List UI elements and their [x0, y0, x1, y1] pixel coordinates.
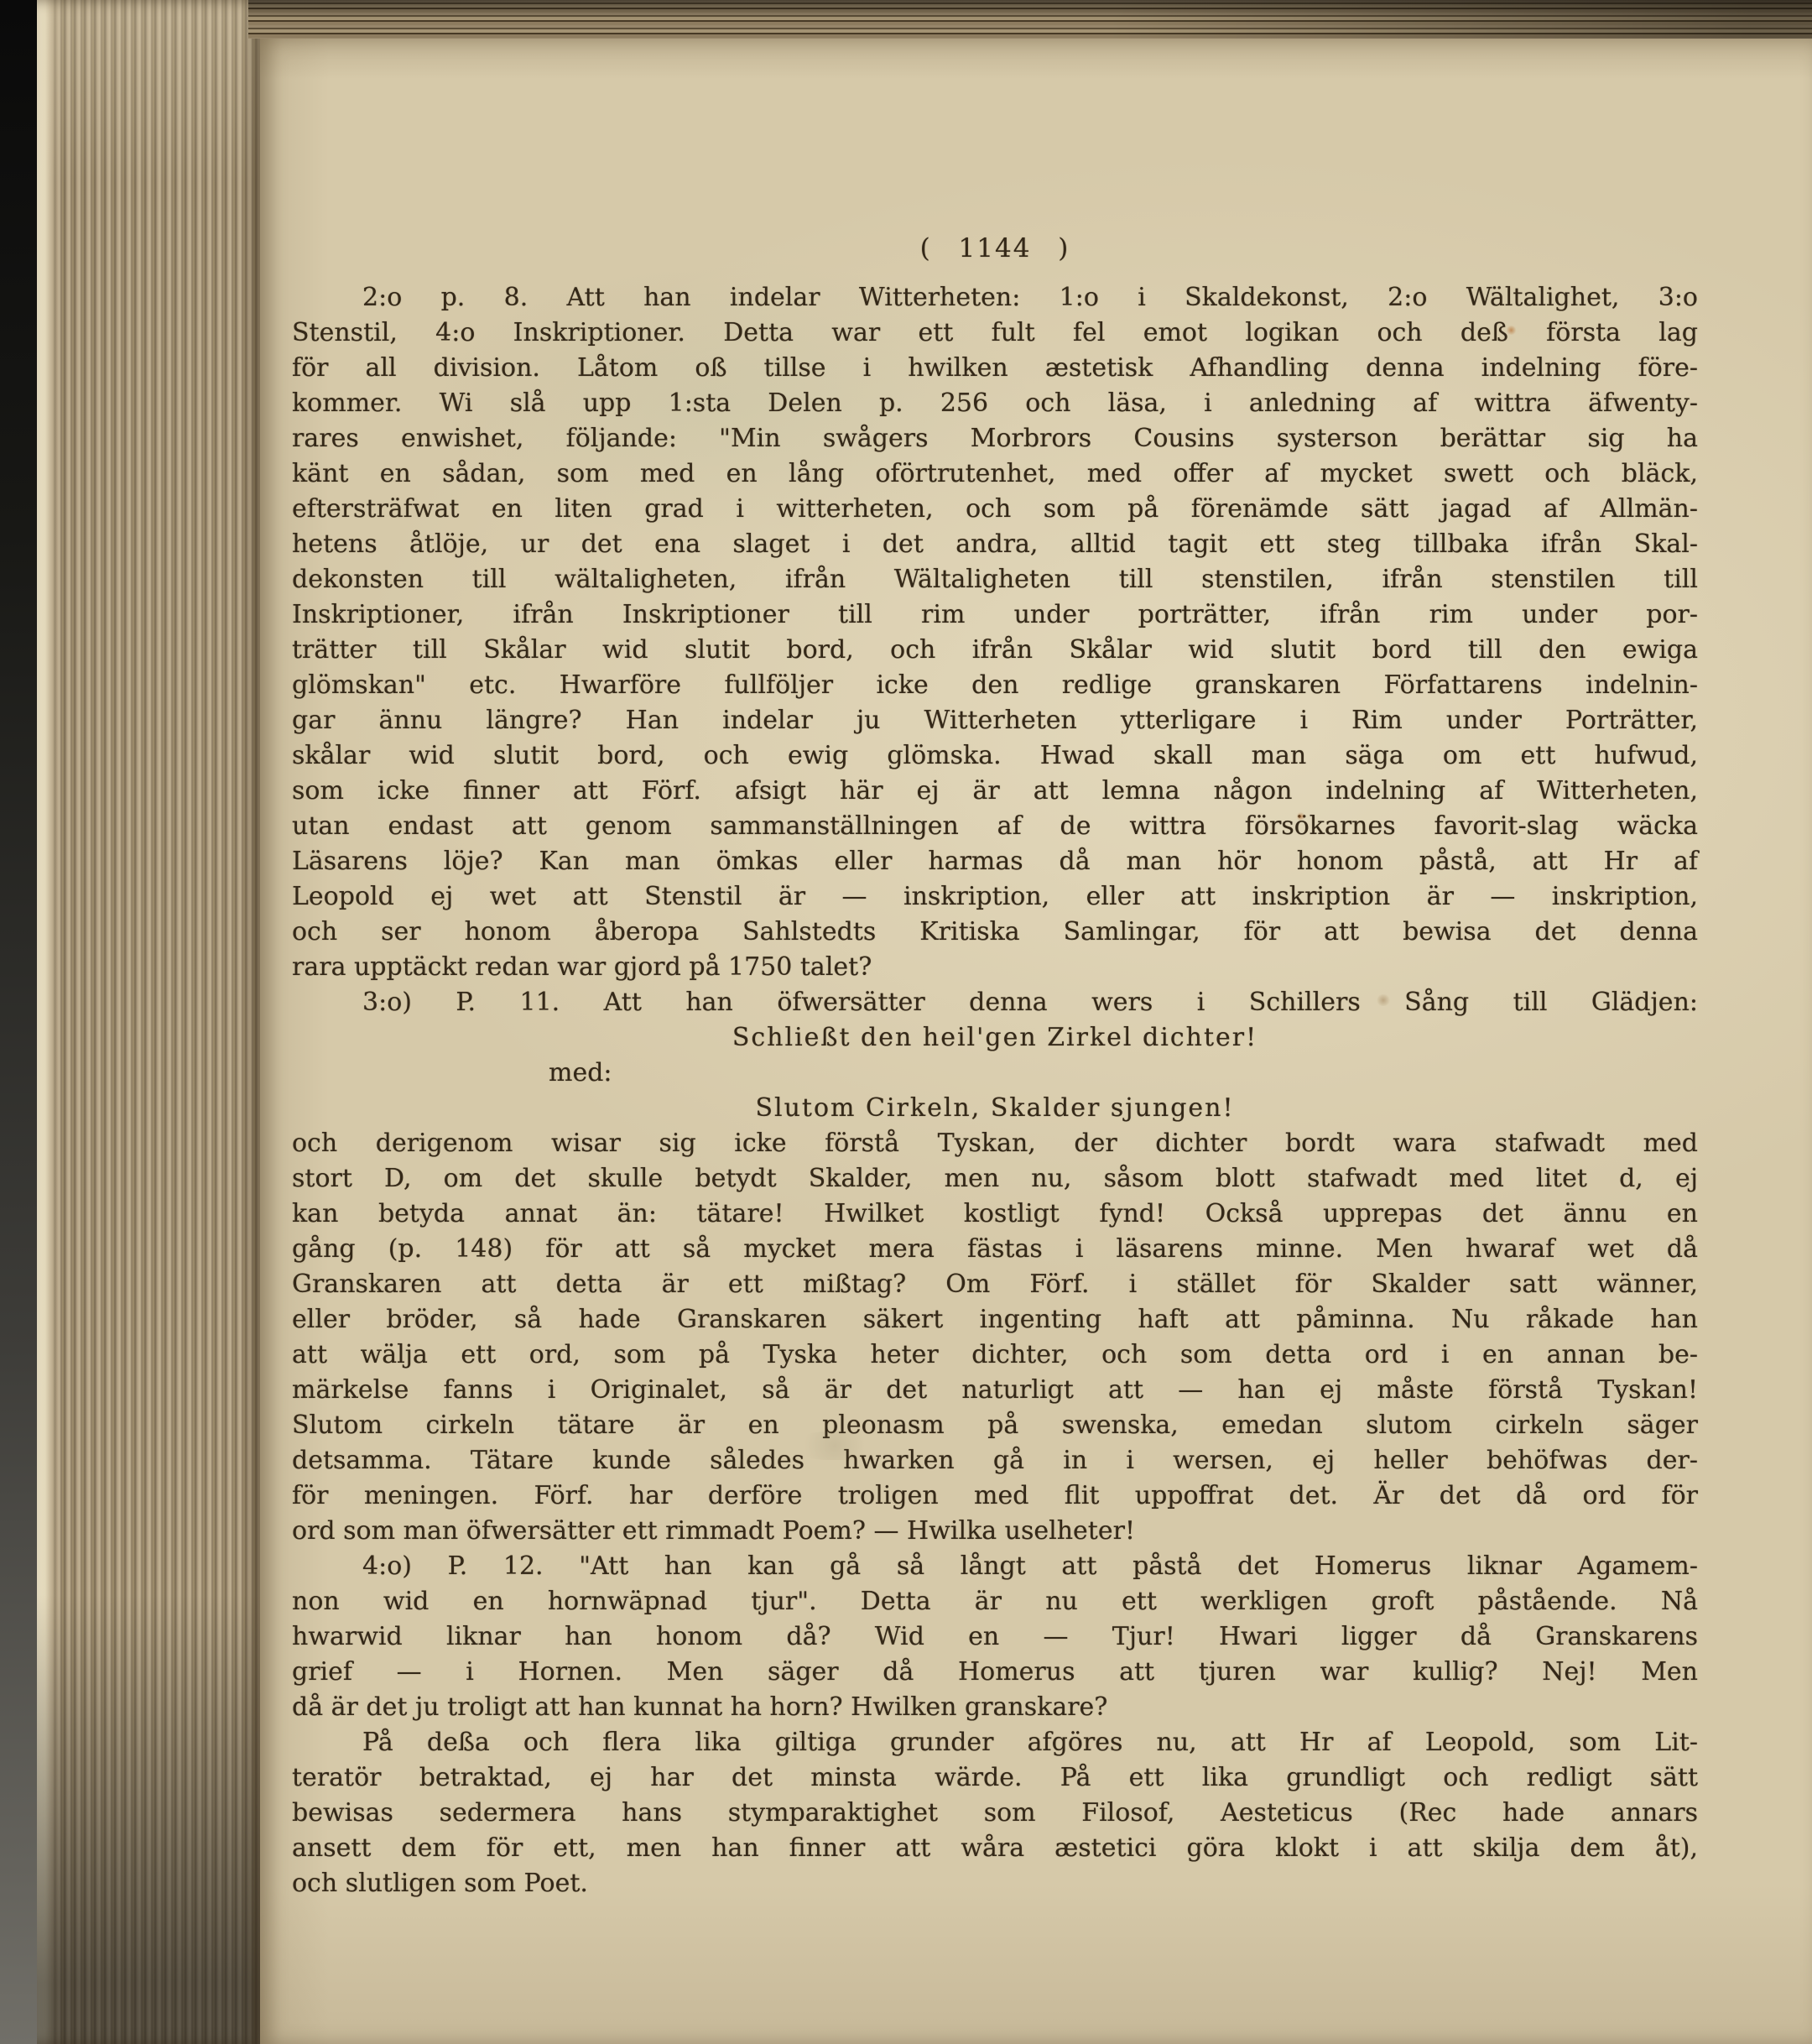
verse-line-swedish: Slutom Cirkeln, Skalder sjungen! — [292, 1091, 1698, 1126]
page-number: ( 1144 ) — [292, 233, 1698, 263]
book-page-edges-top — [248, 0, 1812, 39]
book-page-edges-left — [37, 0, 260, 2044]
text-line: hetens åtlöje, ur det ena slaget i det a… — [292, 527, 1698, 562]
text-line: detsamma. Tätare kunde således hwarken g… — [292, 1443, 1698, 1478]
text-line: Leopold ej wet att Stenstil är — inskrip… — [292, 879, 1698, 915]
text-line: Stenstil, 4:o Inskriptioner. Detta war e… — [292, 315, 1698, 351]
text-line: att wälja ett ord, som på Tyska heter di… — [292, 1337, 1698, 1373]
text-line: utan endast att genom sammanställningen … — [292, 809, 1698, 844]
text-line: med: — [292, 1056, 1698, 1091]
text-line: glömskan" etc. Hwarföre fullföljer icke … — [292, 668, 1698, 703]
book-page: ( 1144 ) 2:o p. 8. Att han indelar Witte… — [260, 39, 1812, 2044]
text-line: ord som man öfwersätter ett rimmadt Poem… — [292, 1514, 1698, 1549]
text-line: 2:o p. 8. Att han indelar Witterheten: 1… — [292, 280, 1698, 315]
text-line: skålar wid slutit bord, och ewig glömska… — [292, 738, 1698, 774]
text-line: gång (p. 148) för att så mycket mera fäs… — [292, 1232, 1698, 1267]
text-line: ansett dem för ett, men han finner att w… — [292, 1831, 1698, 1866]
text-line: känt en sådan, som med en lång oförtrute… — [292, 456, 1698, 492]
text-line: och derigenom wisar sig icke förstå Tysk… — [292, 1126, 1698, 1161]
text-line: eller bröder, så hade Granskaren säkert … — [292, 1302, 1698, 1337]
text-line: non wid en hornwäpnad tjur". Detta är nu… — [292, 1584, 1698, 1619]
text-line: gar ännu längre? Han indelar ju Witterhe… — [292, 703, 1698, 738]
text-line: rares enwishet, följande: "Min swågers M… — [292, 421, 1698, 456]
text-line: Läsarens löje? Kan man ömkas eller harma… — [292, 844, 1698, 879]
text-line: då är det ju troligt att han kunnat ha h… — [292, 1690, 1698, 1725]
text-line: stort D, om det skulle betydt Skalder, m… — [292, 1161, 1698, 1197]
text-line: trätter till Skålar wid slutit bord, och… — [292, 633, 1698, 668]
text-line: Slutom cirkeln tätare är en pleonasm på … — [292, 1408, 1698, 1443]
text-line: som icke finner att Förf. afsigt här ej … — [292, 774, 1698, 809]
text-line: hwarwid liknar han honom då? Wid en — Tj… — [292, 1619, 1698, 1655]
text-line: märkelse fanns i Originalet, så är det n… — [292, 1373, 1698, 1408]
text-line: 4:o) P. 12. "Att han kan gå så långt att… — [292, 1549, 1698, 1584]
text-line: bewisas sedermera hans stymparaktighet s… — [292, 1796, 1698, 1831]
text-line: grief — i Hornen. Men säger då Homerus a… — [292, 1655, 1698, 1690]
text-line: dekonsten till wältaligheten, ifrån Wält… — [292, 562, 1698, 597]
page-text: 2:o p. 8. Att han indelar Witterheten: 1… — [292, 280, 1698, 1901]
verse-line-german: Schließt den heil'gen Zirkel dichter! — [292, 1020, 1698, 1056]
text-line: Inskriptioner, ifrån Inskriptioner till … — [292, 597, 1698, 633]
text-line: teratör betraktad, ej har det minsta wär… — [292, 1760, 1698, 1796]
text-line: och slutligen som Poet. — [292, 1866, 1698, 1901]
text-line: På deßa och flera lika giltiga grunder a… — [292, 1725, 1698, 1760]
text-line: och ser honom åberopa Sahlstedts Kritisk… — [292, 915, 1698, 950]
text-line: Granskaren att detta är ett mißtag? Om F… — [292, 1267, 1698, 1302]
text-line: 3:o) P. 11. Att han öfwersätter denna we… — [292, 985, 1698, 1020]
text-line: för meningen. Förf. har derföre troligen… — [292, 1478, 1698, 1514]
text-line: kan betyda annat än: tätare! Hwilket kos… — [292, 1197, 1698, 1232]
text-line: för all division. Låtom oß tillse i hwil… — [292, 351, 1698, 386]
text-line: kommer. Wi slå upp 1:sta Delen p. 256 oc… — [292, 386, 1698, 421]
text-line: eftersträfwat en liten grad i witterhete… — [292, 492, 1698, 527]
text-line: rara upptäckt redan war gjord på 1750 ta… — [292, 950, 1698, 985]
scanned-book-page: ( 1144 ) 2:o p. 8. Att han indelar Witte… — [0, 0, 1812, 2044]
